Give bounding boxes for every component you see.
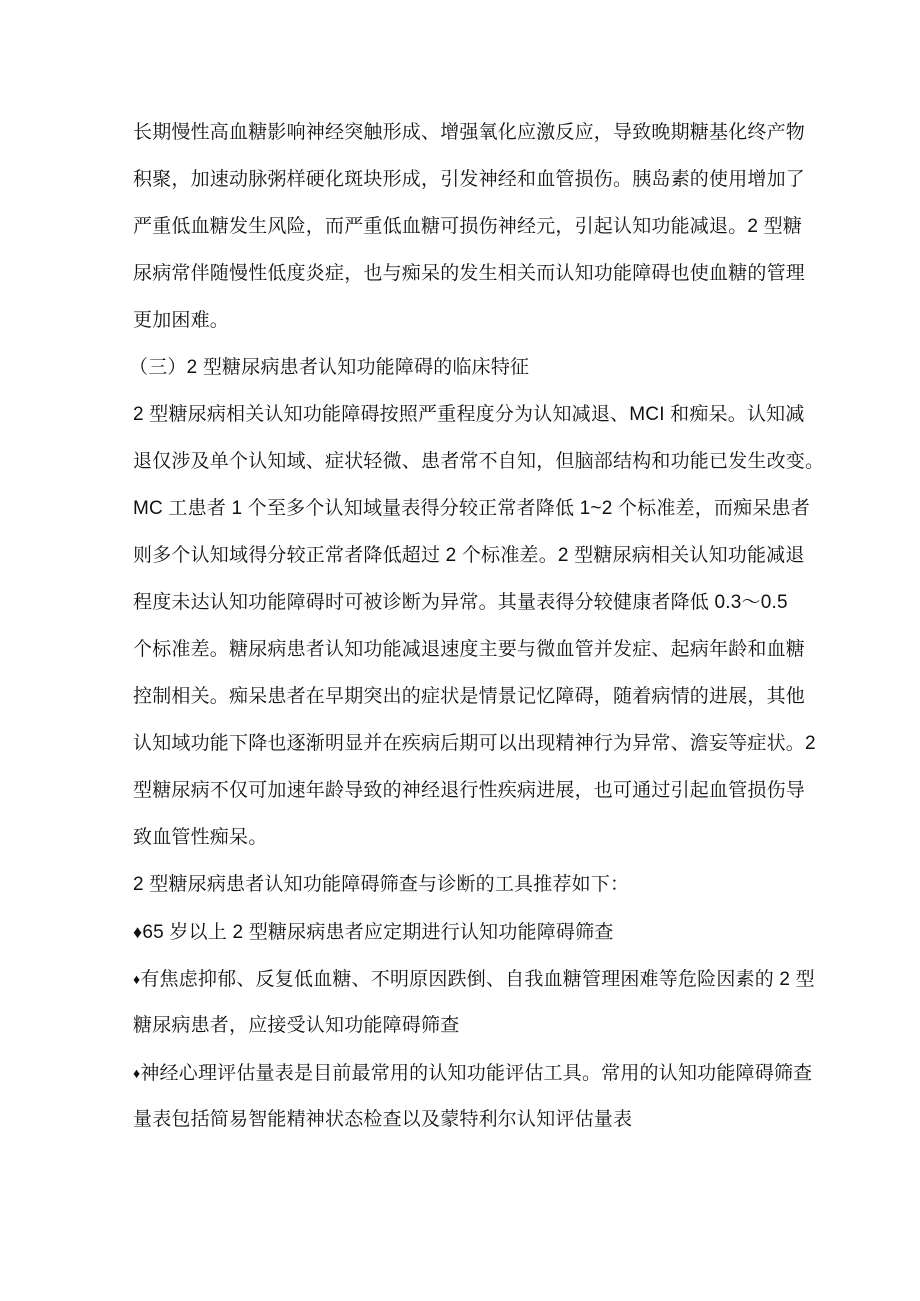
text-line: 2 型糖尿病相关认知功能障碍按照严重程度分为认知减退、MCI 和痴呆。认知减 [133, 398, 793, 445]
text-line: 更加困难。 [133, 304, 793, 351]
text-line: 个标准差。糖尿病患者认知功能减退速度主要与微血管并发症、起病年龄和血糖 [133, 633, 793, 680]
list-item-text: 65 岁以上 2 型糖尿病患者应定期进行认知功能障碍筛查 [142, 922, 613, 943]
list-item-text: 量表包括简易智能精神状态检查以及蒙特利尔认知评估量表 [133, 1103, 793, 1150]
text-line: 程度未达认知功能障碍时可被诊断为异常。其量表得分较健康者降低 0.3～0.5 [133, 586, 793, 633]
list-item: ♦神经心理评估量表是目前最常用的认知功能评估工具。常用的认知功能障碍筛查 量表包… [133, 1056, 793, 1150]
text-line: 则多个认知域得分较正常者降低超过 2 个标准差。2 型糖尿病相关认知功能减退 [133, 539, 793, 586]
text-line: 控制相关。痴呆患者在早期突出的症状是情景记忆障碍，随着病情的进展，其他 [133, 680, 793, 727]
text-line: 致血管性痴呆。 [133, 821, 793, 868]
list-item-text: 糖尿病患者，应接受认知功能障碍筛查 [133, 1009, 793, 1056]
text-line: 型糖尿病不仅可加速年龄导致的神经退行性疾病进展，也可通过引起血管损伤导 [133, 774, 793, 821]
text-line: 严重低血糖发生风险，而严重低血糖可损伤神经元，引起认知功能减退。2 型糖 [133, 210, 793, 257]
document-page: 长期慢性高血糖影响神经突触形成、增强氧化应激反应，导致晚期糖基化终产物 积聚，加… [133, 116, 793, 1150]
intro-line: 2 型糖尿病患者认知功能障碍筛查与诊断的工具推荐如下： [133, 868, 793, 915]
text-line: 认知域功能下降也逐渐明显并在疾病后期可以出现精神行为异常、澹妄等症状。2 [133, 727, 793, 774]
section-heading: （三）2 型糖尿病患者认知功能障碍的临床特征 [129, 351, 793, 398]
paragraph-clinical-features: 2 型糖尿病相关认知功能障碍按照严重程度分为认知减退、MCI 和痴呆。认知减 退… [133, 398, 793, 868]
list-item: ♦有焦虑抑郁、反复低血糖、不明原因跌倒、自我血糖管理困难等危险因素的 2 型 糖… [133, 962, 793, 1056]
list-item: ♦65 岁以上 2 型糖尿病患者应定期进行认知功能障碍筛查 [133, 915, 793, 962]
text-line: MC 工患者 1 个至多个认知域量表得分较正常者降低 1~2 个标准差，而痴呆患… [133, 492, 793, 539]
paragraph-pathogenesis: 长期慢性高血糖影响神经突触形成、增强氧化应激反应，导致晚期糖基化终产物 积聚，加… [133, 116, 793, 351]
text-line: 积聚，加速动脉粥样硬化斑块形成，引发神经和血管损伤。胰岛素的使用增加了 [133, 163, 793, 210]
list-item-text: 神经心理评估量表是目前最常用的认知功能评估工具。常用的认知功能障碍筛查 [140, 1063, 812, 1084]
text-line: 长期慢性高血糖影响神经突触形成、增强氧化应激反应，导致晚期糖基化终产物 [133, 116, 793, 163]
diamond-bullet-icon: ♦ [133, 915, 142, 949]
recommendation-list: ♦65 岁以上 2 型糖尿病患者应定期进行认知功能障碍筛查 ♦有焦虑抑郁、反复低… [133, 915, 793, 1150]
text-line: 退仅涉及单个认知域、症状轻微、患者常不自知，但脑部结构和功能已发生改变。 [133, 445, 793, 492]
text-line: 尿病常伴随慢性低度炎症，也与痴呆的发生相关而认知功能障碍也使血糖的管理 [133, 257, 793, 304]
list-item-text: 有焦虑抑郁、反复低血糖、不明原因跌倒、自我血糖管理困难等危险因素的 2 型 [140, 969, 815, 990]
